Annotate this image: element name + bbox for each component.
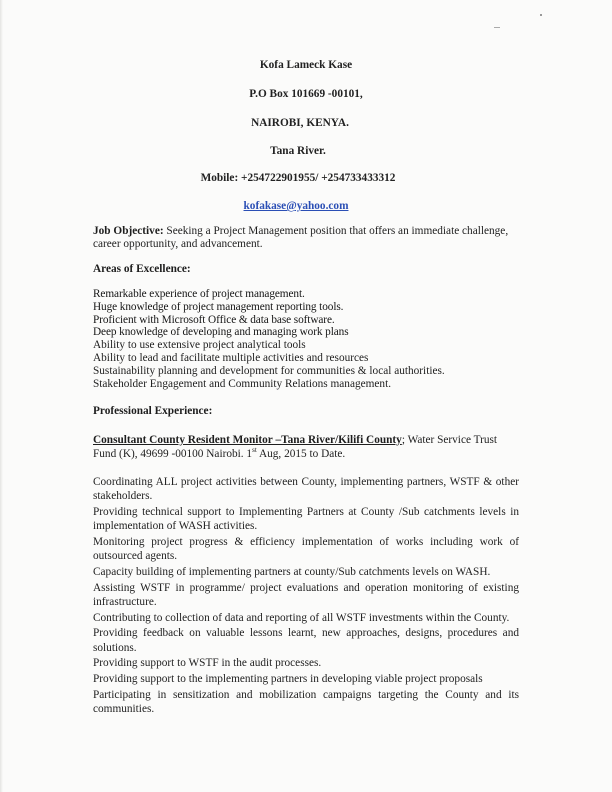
duty-item: Monitoring project progress & efficiency…: [93, 535, 519, 564]
duty-item: Contributing to collection of data and r…: [93, 611, 519, 625]
po-box: P.O Box 101669 -00101,: [0, 88, 612, 100]
list-item: Sustainability planning and development …: [93, 365, 519, 378]
city: NAIROBI, KENYA.: [0, 117, 606, 129]
duty-item: Providing technical support to Implement…: [93, 505, 519, 534]
areas-of-excellence-list: Remarkable experience of project managem…: [93, 288, 519, 390]
mobile-numbers: Mobile: +254722901955/ +254733433312: [0, 172, 604, 184]
applicant-name: Kofa Lameck Kase: [0, 59, 612, 71]
professional-experience-heading: Professional Experience:: [93, 405, 519, 417]
duty-item: Providing feedback on valuable lessons l…: [93, 626, 519, 655]
list-item: Deep knowledge of developing and managin…: [93, 326, 519, 339]
list-item: Ability to use extensive project analyti…: [93, 339, 519, 352]
duty-item: Providing support to WSTF in the audit p…: [93, 656, 519, 670]
scan-speck: [540, 14, 542, 16]
list-item: Proficient with Microsoft Office & data …: [93, 314, 519, 327]
list-item: Huge knowledge of project management rep…: [93, 301, 519, 314]
list-item: Stakeholder Engagement and Community Rel…: [93, 378, 519, 391]
duty-item: Assisting WSTF in programme/ project eva…: [93, 581, 519, 610]
job-duties: Coordinating ALL project activities betw…: [93, 475, 519, 718]
list-item: Remarkable experience of project managem…: [93, 288, 519, 301]
region: Tana River.: [0, 145, 604, 157]
job-objective-label: Job Objective:: [93, 225, 164, 237]
scan-mark: [494, 27, 500, 28]
duty-item: Capacity building of implementing partne…: [93, 565, 519, 579]
job-entry-header: Consultant County Resident Monitor –Tana…: [93, 434, 519, 461]
email-link[interactable]: kofakase@yahoo.com: [0, 200, 602, 212]
scanned-resume-page: Kofa Lameck Kase P.O Box 101669 -00101, …: [0, 0, 612, 792]
job-date: Aug, 2015 to Date.: [257, 448, 345, 460]
duty-item: Participating in sensitization and mobil…: [93, 688, 519, 717]
duty-item: Providing support to the implementing pa…: [93, 672, 519, 686]
areas-of-excellence-heading: Areas of Excellence:: [93, 263, 519, 275]
job-objective: Job Objective: Seeking a Project Managem…: [93, 225, 519, 251]
duty-item: Coordinating ALL project activities betw…: [93, 475, 519, 504]
list-item: Ability to lead and facilitate multiple …: [93, 352, 519, 365]
job-title: Consultant County Resident Monitor –Tana…: [93, 434, 402, 446]
